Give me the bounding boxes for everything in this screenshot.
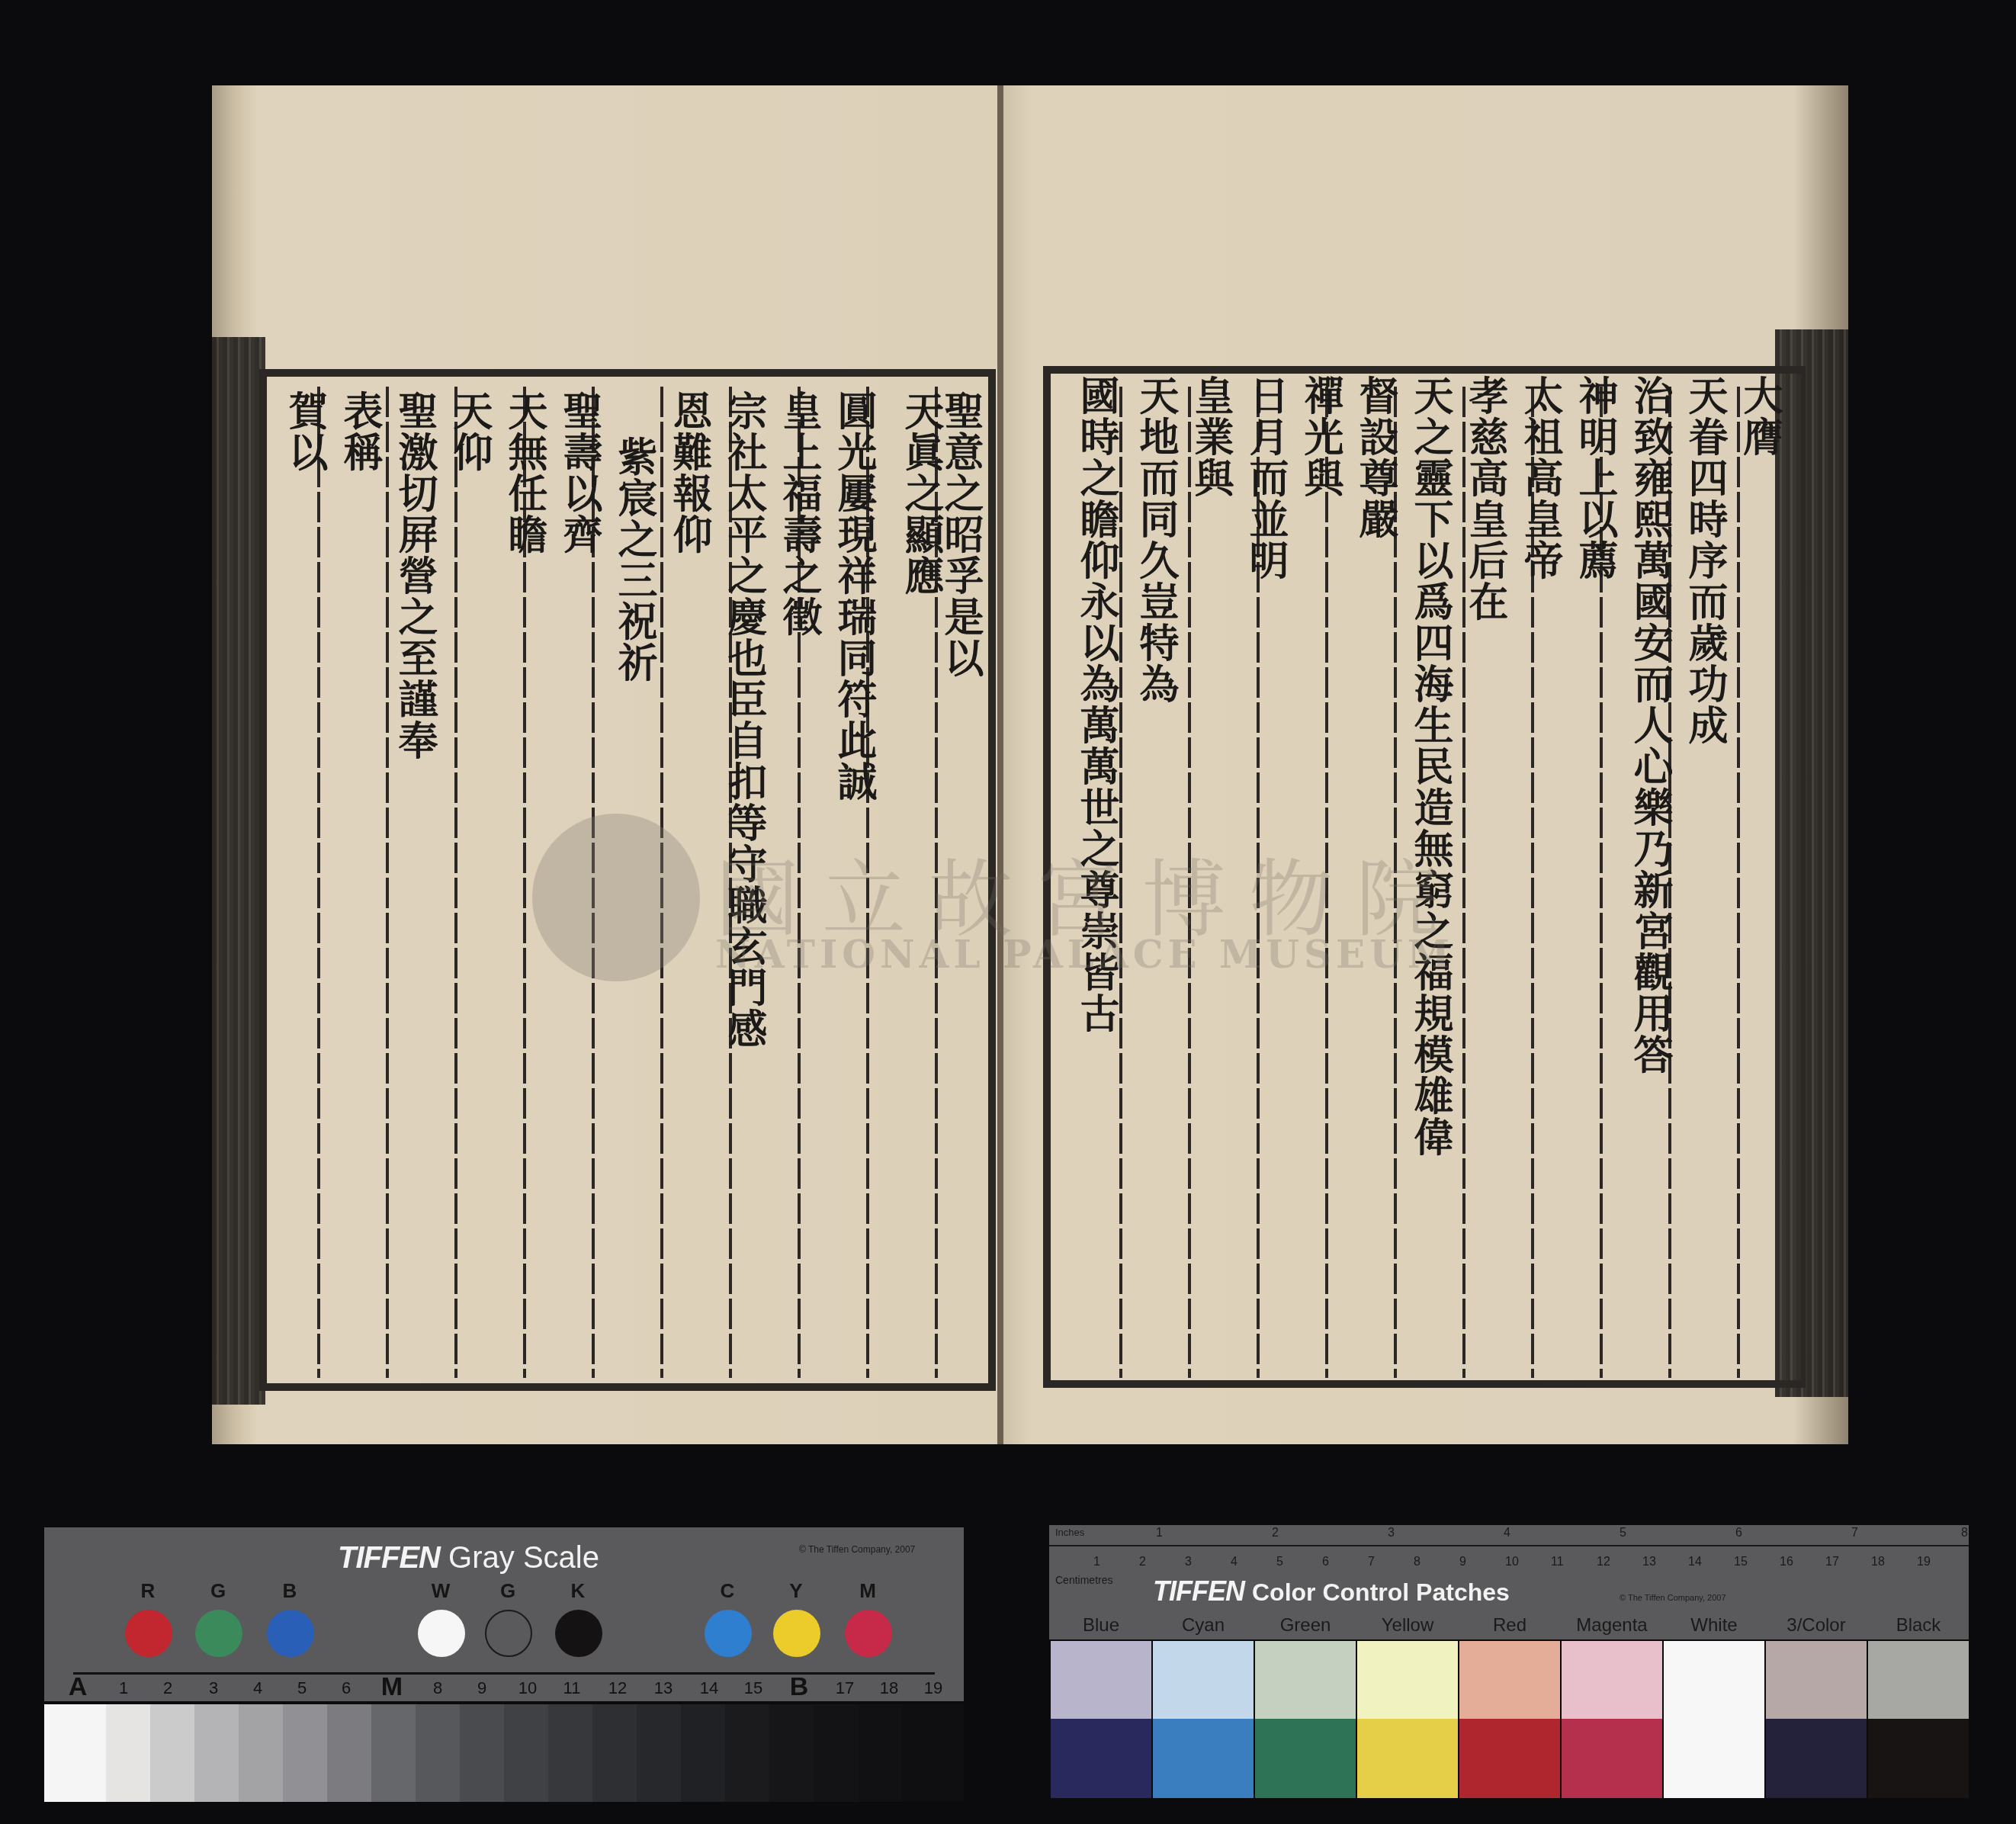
text-column: 督設尊嚴 (1353, 375, 1397, 540)
cm-mark: 6 (1322, 1556, 1329, 1569)
color-patch-card: Inches 1 2 3 4 5 6 7 8 1 2 3 4 5 6 7 8 9… (1049, 1525, 1969, 1639)
patch-label: Black (1868, 1615, 1969, 1636)
card-title-text: Color Control Patches (1252, 1578, 1510, 1606)
blue-light-patch (1051, 1641, 1151, 1719)
step-label: M (377, 1672, 407, 1702)
inch-mark: 1 (1156, 1527, 1163, 1540)
gray-step (681, 1704, 725, 1802)
step-label: 18 (874, 1678, 904, 1698)
color-patch-grid (1051, 1641, 1969, 1798)
cm-mark: 5 (1276, 1556, 1283, 1569)
yellow-dark-patch (1357, 1719, 1458, 1798)
copyright: © The Tiffen Company, 2007 (1620, 1594, 1726, 1603)
tiffen-logo: TIFFEN (1153, 1575, 1244, 1607)
gray-step (327, 1704, 371, 1802)
three-color-dark-patch (1766, 1719, 1867, 1798)
text-column: 皇業與 (1188, 375, 1232, 499)
text-column: 皇上福壽之徵 (776, 390, 820, 637)
red-dot (125, 1610, 172, 1657)
cm-mark: 3 (1185, 1556, 1192, 1569)
text-column: 恩難報仰 (666, 390, 711, 555)
magenta-dark-patch (1562, 1719, 1662, 1798)
text-column: 日月而並明 (1243, 375, 1287, 581)
tiffen-logo: TIFFEN (338, 1541, 440, 1575)
ruler-label: Inches (1055, 1527, 1084, 1538)
text-column: 神明上以薦 (1572, 375, 1616, 581)
cm-mark: 15 (1734, 1556, 1748, 1569)
patch-label: White (1664, 1615, 1764, 1636)
patch-label: 3/Color (1766, 1615, 1867, 1636)
step-label: B (784, 1672, 814, 1702)
gray-step-strip (44, 1704, 964, 1802)
gray-step (725, 1704, 769, 1802)
text-column: 天眞之顯應 (898, 390, 942, 596)
step-label: 12 (602, 1678, 633, 1698)
ruler-label: Centimetres (1055, 1574, 1112, 1586)
text-column: 大膺 (1737, 375, 1781, 458)
text-column: 天之靈下以爲四海生民造無窮之福規模雄偉 (1408, 375, 1452, 1158)
dot-label: W (425, 1579, 456, 1603)
magenta-light-patch (1562, 1641, 1662, 1719)
patch-label: Yellow (1357, 1615, 1458, 1636)
step-label: A (63, 1672, 93, 1702)
step-label: 4 (242, 1678, 273, 1698)
dot-label: C (712, 1579, 743, 1603)
text-column: 太祖高皇帝 (1517, 375, 1562, 581)
book-spine (997, 85, 1003, 1444)
cyan-dark-patch (1153, 1719, 1254, 1798)
patch-label: Cyan (1153, 1615, 1254, 1636)
patch-label: Red (1459, 1615, 1560, 1636)
inch-mark: 2 (1272, 1527, 1279, 1540)
white-dot (418, 1610, 465, 1657)
text-column: 聖壽以齊 (557, 390, 601, 555)
step-label: 5 (287, 1678, 317, 1698)
text-column: 天地而同久豈特為 (1133, 375, 1177, 705)
step-label: 9 (467, 1678, 497, 1698)
red-light-patch (1459, 1641, 1560, 1719)
patch-label: Blue (1051, 1615, 1151, 1636)
gray-step (283, 1704, 327, 1802)
watermark-english: NATIONAL PALACE MUSEUM (715, 932, 1454, 977)
text-column: 聖意之昭孚是以 (938, 390, 982, 679)
gray-step (902, 1704, 964, 1802)
text-column: 聖激切屛營之至謹奉 (392, 390, 436, 761)
left-page-edge (212, 337, 265, 1405)
step-label: 17 (830, 1678, 860, 1698)
cm-mark: 16 (1780, 1556, 1793, 1569)
gray-step (769, 1704, 814, 1802)
black-light-patch (1868, 1641, 1969, 1719)
inch-mark: 6 (1735, 1527, 1742, 1540)
step-label: 6 (331, 1678, 361, 1698)
gray-step (150, 1704, 194, 1802)
step-label: 13 (648, 1678, 679, 1698)
cm-mark: 18 (1871, 1556, 1885, 1569)
gray-step (814, 1704, 858, 1802)
gray-step (858, 1704, 902, 1802)
step-label: 15 (738, 1678, 769, 1698)
step-label: 8 (422, 1678, 453, 1698)
gray-step (194, 1704, 239, 1802)
red-dark-patch (1459, 1719, 1560, 1798)
dot-label: G (203, 1579, 233, 1603)
patch-label: Green (1255, 1615, 1356, 1636)
text-column: 天無任瞻 (502, 390, 546, 555)
step-label: 11 (557, 1678, 587, 1698)
step-label: 10 (512, 1678, 543, 1698)
text-column: 治致雍熙萬國安而人心樂乃新宮觀用答 (1627, 375, 1671, 1075)
gray-step (239, 1704, 283, 1802)
gray-step (460, 1704, 504, 1802)
cm-mark: 14 (1688, 1556, 1702, 1569)
gray-dot (485, 1610, 532, 1657)
inch-mark: 5 (1620, 1527, 1626, 1540)
dot-label: R (133, 1579, 163, 1603)
column-rule (1737, 387, 1740, 1378)
gray-step (504, 1704, 548, 1802)
cm-mark: 8 (1414, 1556, 1421, 1569)
card-title: TIFFEN Color Control Patches (1153, 1575, 1510, 1607)
dot-label: G (493, 1579, 523, 1603)
column-rule (386, 387, 389, 1378)
gray-step (371, 1704, 416, 1802)
step-label: 19 (918, 1678, 949, 1698)
step-label: 14 (694, 1678, 724, 1698)
cm-mark: 2 (1139, 1556, 1146, 1569)
cyan-light-patch (1153, 1641, 1254, 1719)
cm-mark: 9 (1459, 1556, 1466, 1569)
cm-mark: 13 (1642, 1556, 1656, 1569)
three-color-light-patch (1766, 1641, 1867, 1719)
white-patch (1664, 1641, 1764, 1798)
gray-scale-card: TIFFEN Gray Scale © The Tiffen Company, … (44, 1527, 964, 1701)
dot-label: Y (781, 1579, 811, 1603)
column-rule (454, 387, 457, 1378)
card-title-text: Gray Scale (448, 1541, 599, 1575)
cyan-dot (705, 1610, 752, 1657)
cm-mark: 7 (1368, 1556, 1375, 1569)
gray-step (592, 1704, 637, 1802)
green-dark-patch (1255, 1719, 1356, 1798)
dot-label: K (563, 1579, 593, 1603)
text-column: 天眷四時序而歲功成 (1682, 375, 1726, 746)
patch-label: Magenta (1562, 1615, 1662, 1636)
inch-mark: 4 (1504, 1527, 1510, 1540)
card-title: TIFFEN Gray Scale (338, 1541, 599, 1575)
dot-label: M (852, 1579, 883, 1603)
gray-step (637, 1704, 681, 1802)
cm-mark: 4 (1231, 1556, 1238, 1569)
cm-mark: 19 (1917, 1556, 1931, 1569)
cm-mark: 10 (1505, 1556, 1519, 1569)
green-dot (195, 1610, 242, 1657)
step-label: 3 (198, 1678, 229, 1698)
text-column: 表稱 (337, 390, 381, 473)
copyright: © The Tiffen Company, 2007 (799, 1544, 915, 1555)
open-book: 聖意之昭孚是以 天眞之顯應 圓光屢現祥瑞同符此誠 皇上福壽之徵 宗社太平之慶也臣… (212, 85, 1848, 1444)
text-column: 圓光屢現祥瑞同符此誠 (831, 390, 875, 802)
text-column: 紫宸之三祝祈 (612, 436, 656, 683)
blue-dot (267, 1610, 314, 1657)
gray-step (106, 1704, 150, 1802)
magenta-dot (845, 1610, 892, 1657)
yellow-light-patch (1357, 1641, 1458, 1719)
museum-seal-watermark (532, 814, 700, 981)
blue-dark-patch (1051, 1719, 1151, 1798)
inch-mark: 3 (1388, 1527, 1395, 1540)
green-light-patch (1255, 1641, 1356, 1719)
dot-label: B (274, 1579, 305, 1603)
column-rule (317, 387, 320, 1378)
cm-mark: 17 (1825, 1556, 1839, 1569)
text-column: 禪光與 (1298, 375, 1342, 499)
gray-step (44, 1704, 106, 1802)
step-label: 1 (108, 1678, 139, 1698)
inch-mark: 7 (1851, 1527, 1858, 1540)
step-label: 2 (152, 1678, 183, 1698)
gray-step (416, 1704, 460, 1802)
black-dark-patch (1868, 1719, 1969, 1798)
cm-mark: 1 (1093, 1556, 1100, 1569)
cm-mark: 11 (1551, 1556, 1564, 1569)
black-dot (555, 1610, 602, 1657)
gray-step (548, 1704, 592, 1802)
cm-mark: 12 (1597, 1556, 1610, 1569)
yellow-dot (773, 1610, 820, 1657)
text-column: 孝慈高皇后在 (1462, 375, 1507, 622)
inch-mark: 8 (1961, 1527, 1968, 1540)
text-column: 天仰 (447, 390, 491, 473)
text-column: 賀以 (282, 390, 326, 473)
